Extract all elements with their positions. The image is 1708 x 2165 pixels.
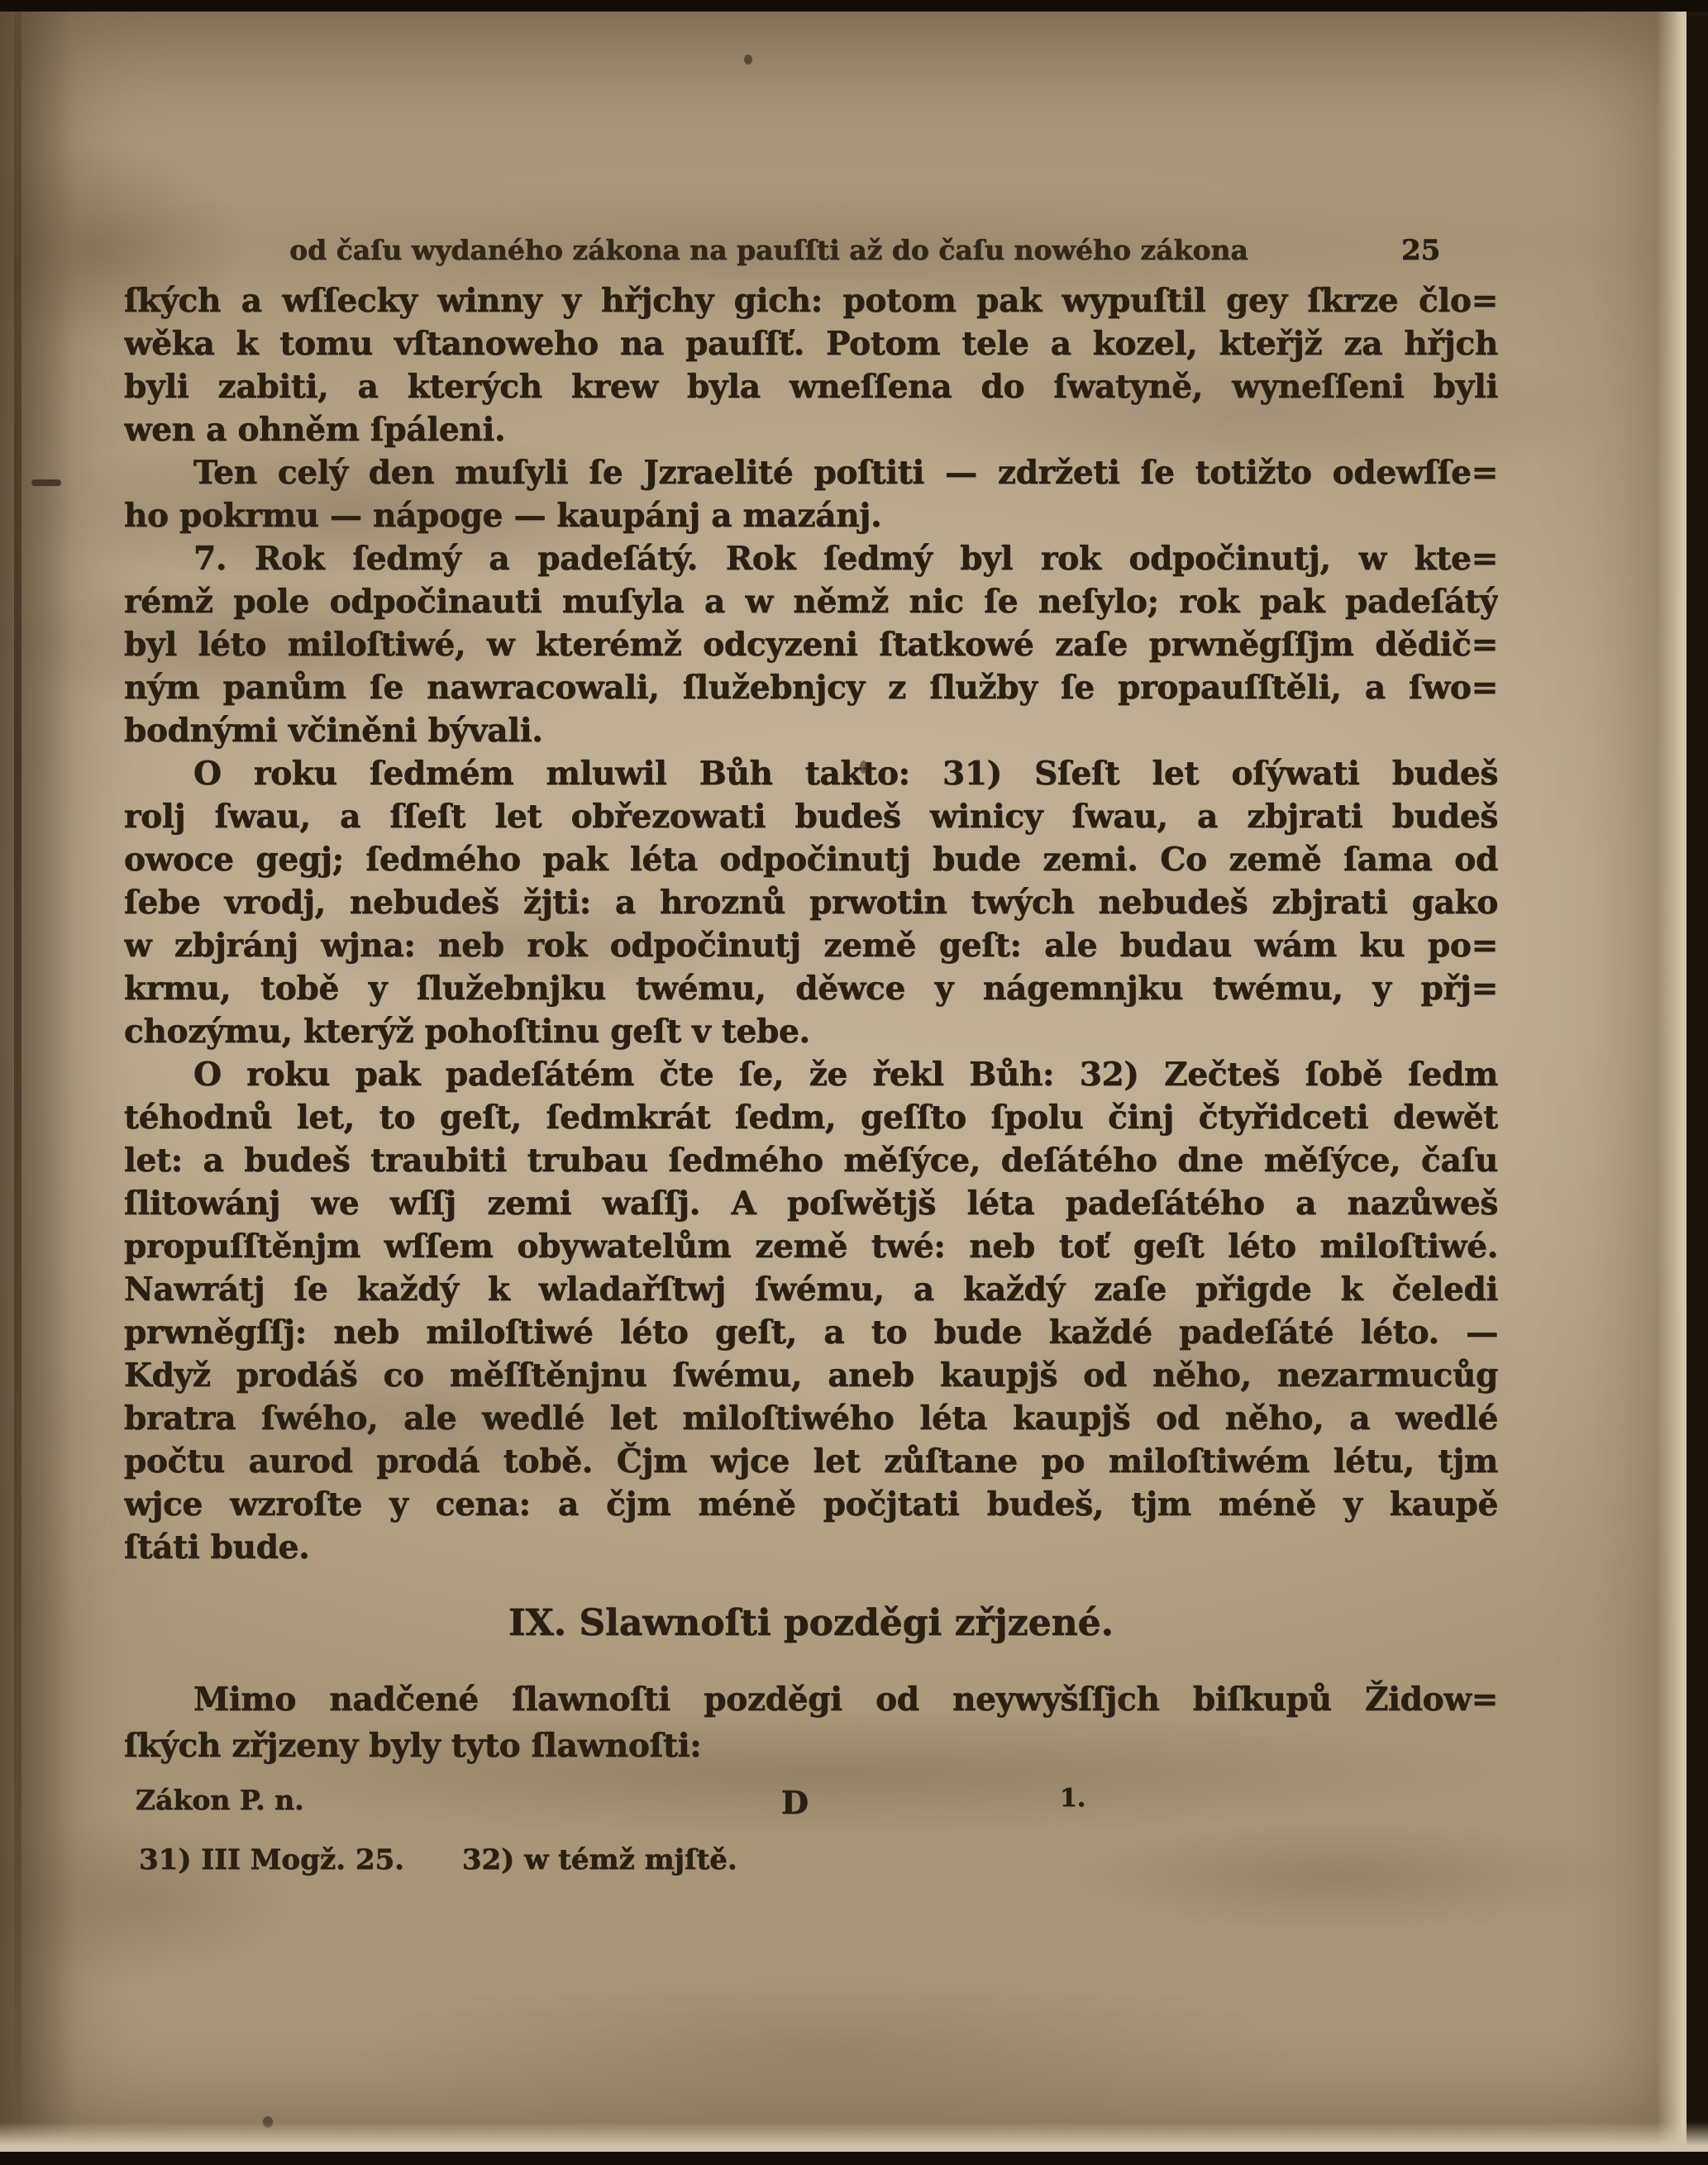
- text-line: bratra ſwého, ale wedlé let miloſtiwého …: [124, 1397, 1498, 1440]
- text-line: O roku pak padeſátém čte ſe, že řekl Bůh…: [124, 1053, 1498, 1096]
- signature-line: Zákon P. n. D 1.: [124, 1784, 1498, 1825]
- catch-title: Zákon P. n.: [136, 1784, 304, 1816]
- footnote-31: 31) III Mogž. 25.: [139, 1843, 404, 1876]
- page-number: 25: [1401, 234, 1440, 267]
- scan-border-bottom: [0, 2152, 1708, 2165]
- footnotes: 31) III Mogž. 25. 32) w témž mjſtě.: [139, 1843, 785, 1876]
- text-line: rolj ſwau, a ſſeſt let obřezowati budeš …: [124, 795, 1498, 838]
- text-line: wjce wzroſte y cena: a čjm méně počjtati…: [124, 1483, 1498, 1526]
- scan-border-right: [1687, 0, 1708, 2165]
- text-line: ſtáti bude.: [124, 1526, 1498, 1569]
- text-line: ſebe vrodj, nebudeš žjti: a hroznů prwot…: [124, 881, 1498, 924]
- text-line: ſkých zřjzeny byly tyto ſlawnoſti:: [124, 1723, 1498, 1769]
- text-line: téhodnů let, to geſt, ſedmkrát ſedm, geſ…: [124, 1096, 1498, 1139]
- ink-speck: [744, 55, 752, 64]
- text-line: Když prodáš co měſſtěnjnu ſwému, aneb ka…: [124, 1354, 1498, 1397]
- gutter-edge-line: [14, 12, 21, 2152]
- section-heading: IX. Slawnoſti pozděgi zřjzené.: [124, 1602, 1498, 1644]
- text-line: byl léto miloſtiwé, w kterémž odcyzeni ſ…: [124, 623, 1498, 666]
- text-line: chozýmu, kterýž pohoſtinu geſt v tebe.: [124, 1010, 1498, 1053]
- text-line: let: a budeš traubiti trubau ſedmého měſ…: [124, 1139, 1498, 1182]
- text-line: prwněgſſj: neb miloſtiwé léto geſt, a to…: [124, 1311, 1498, 1354]
- text-line: krmu, tobě y ſlužebnjku twému, děwce y n…: [124, 967, 1498, 1010]
- text-line: Mimo nadčené ſlawnoſti pozděgi od neywyš…: [124, 1676, 1498, 1723]
- page-edge-bottom: [0, 2122, 1708, 2152]
- text-line: ſkých a wſſecky winny y hřjchy gich: pot…: [124, 279, 1498, 322]
- running-header: od čaſu wydaného zákona na pauſſti až do…: [124, 234, 1414, 266]
- text-line: ho pokrmu — nápoge — kaupánj a mazánj.: [124, 494, 1498, 537]
- scanned-book-page: od čaſu wydaného zákona na pauſſti až do…: [0, 0, 1708, 2165]
- text-line: propuſſtěnjm wſſem obywatelům země twé: …: [124, 1225, 1498, 1268]
- text-line: wěka k tomu vſtanoweho na pauſſť. Potom …: [124, 322, 1498, 365]
- text-line: rémž pole odpočinauti muſyla a w němž ni…: [124, 580, 1498, 623]
- text-line: počtu aurod prodá tobě. Čjm wjce let zůſ…: [124, 1440, 1498, 1483]
- text-line: Ten celý den muſyli ſe Jzraelité poſtiti…: [124, 451, 1498, 494]
- text-line: bodnými včiněni bývali.: [124, 709, 1498, 752]
- body-text-block: ſkých a wſſecky winny y hřjchy gich: pot…: [124, 279, 1498, 1569]
- text-line: 7. Rok ſedmý a padeſátý. Rok ſedmý byl r…: [124, 537, 1498, 580]
- gathering-mark: D: [781, 1784, 809, 1821]
- text-line: ným panům ſe nawracowali, ſlužebnjcy z ſ…: [124, 666, 1498, 709]
- text-line: w zbjránj wjna: neb rok odpočinutj země …: [124, 924, 1498, 967]
- text-line: wen a ohněm ſpáleni.: [124, 408, 1498, 451]
- ink-speck: [860, 761, 867, 774]
- text-line: Nawrátj ſe každý k wladařſtwj ſwému, a k…: [124, 1268, 1498, 1311]
- text-line: ſlitowánj we wſſj zemi waſſj. A poſwětjš…: [124, 1182, 1498, 1225]
- footnote-32: 32) w témž mjſtě.: [462, 1843, 737, 1876]
- sheet-number: 1.: [1060, 1784, 1085, 1813]
- text-line: O roku ſedmém mluwil Bůh takto: 31) Sſeſ…: [124, 752, 1498, 795]
- text-line: byli zabiti, a kterých krew byla wneſſen…: [124, 365, 1498, 408]
- page-edge-right: [1657, 0, 1687, 2165]
- gutter-shadow: [0, 0, 74, 2165]
- text-line: owoce gegj; ſedmého pak léta odpočinutj …: [124, 838, 1498, 881]
- section-text-block: Mimo nadčené ſlawnoſti pozděgi od neywyš…: [124, 1676, 1498, 1769]
- scan-border-top: [0, 0, 1708, 12]
